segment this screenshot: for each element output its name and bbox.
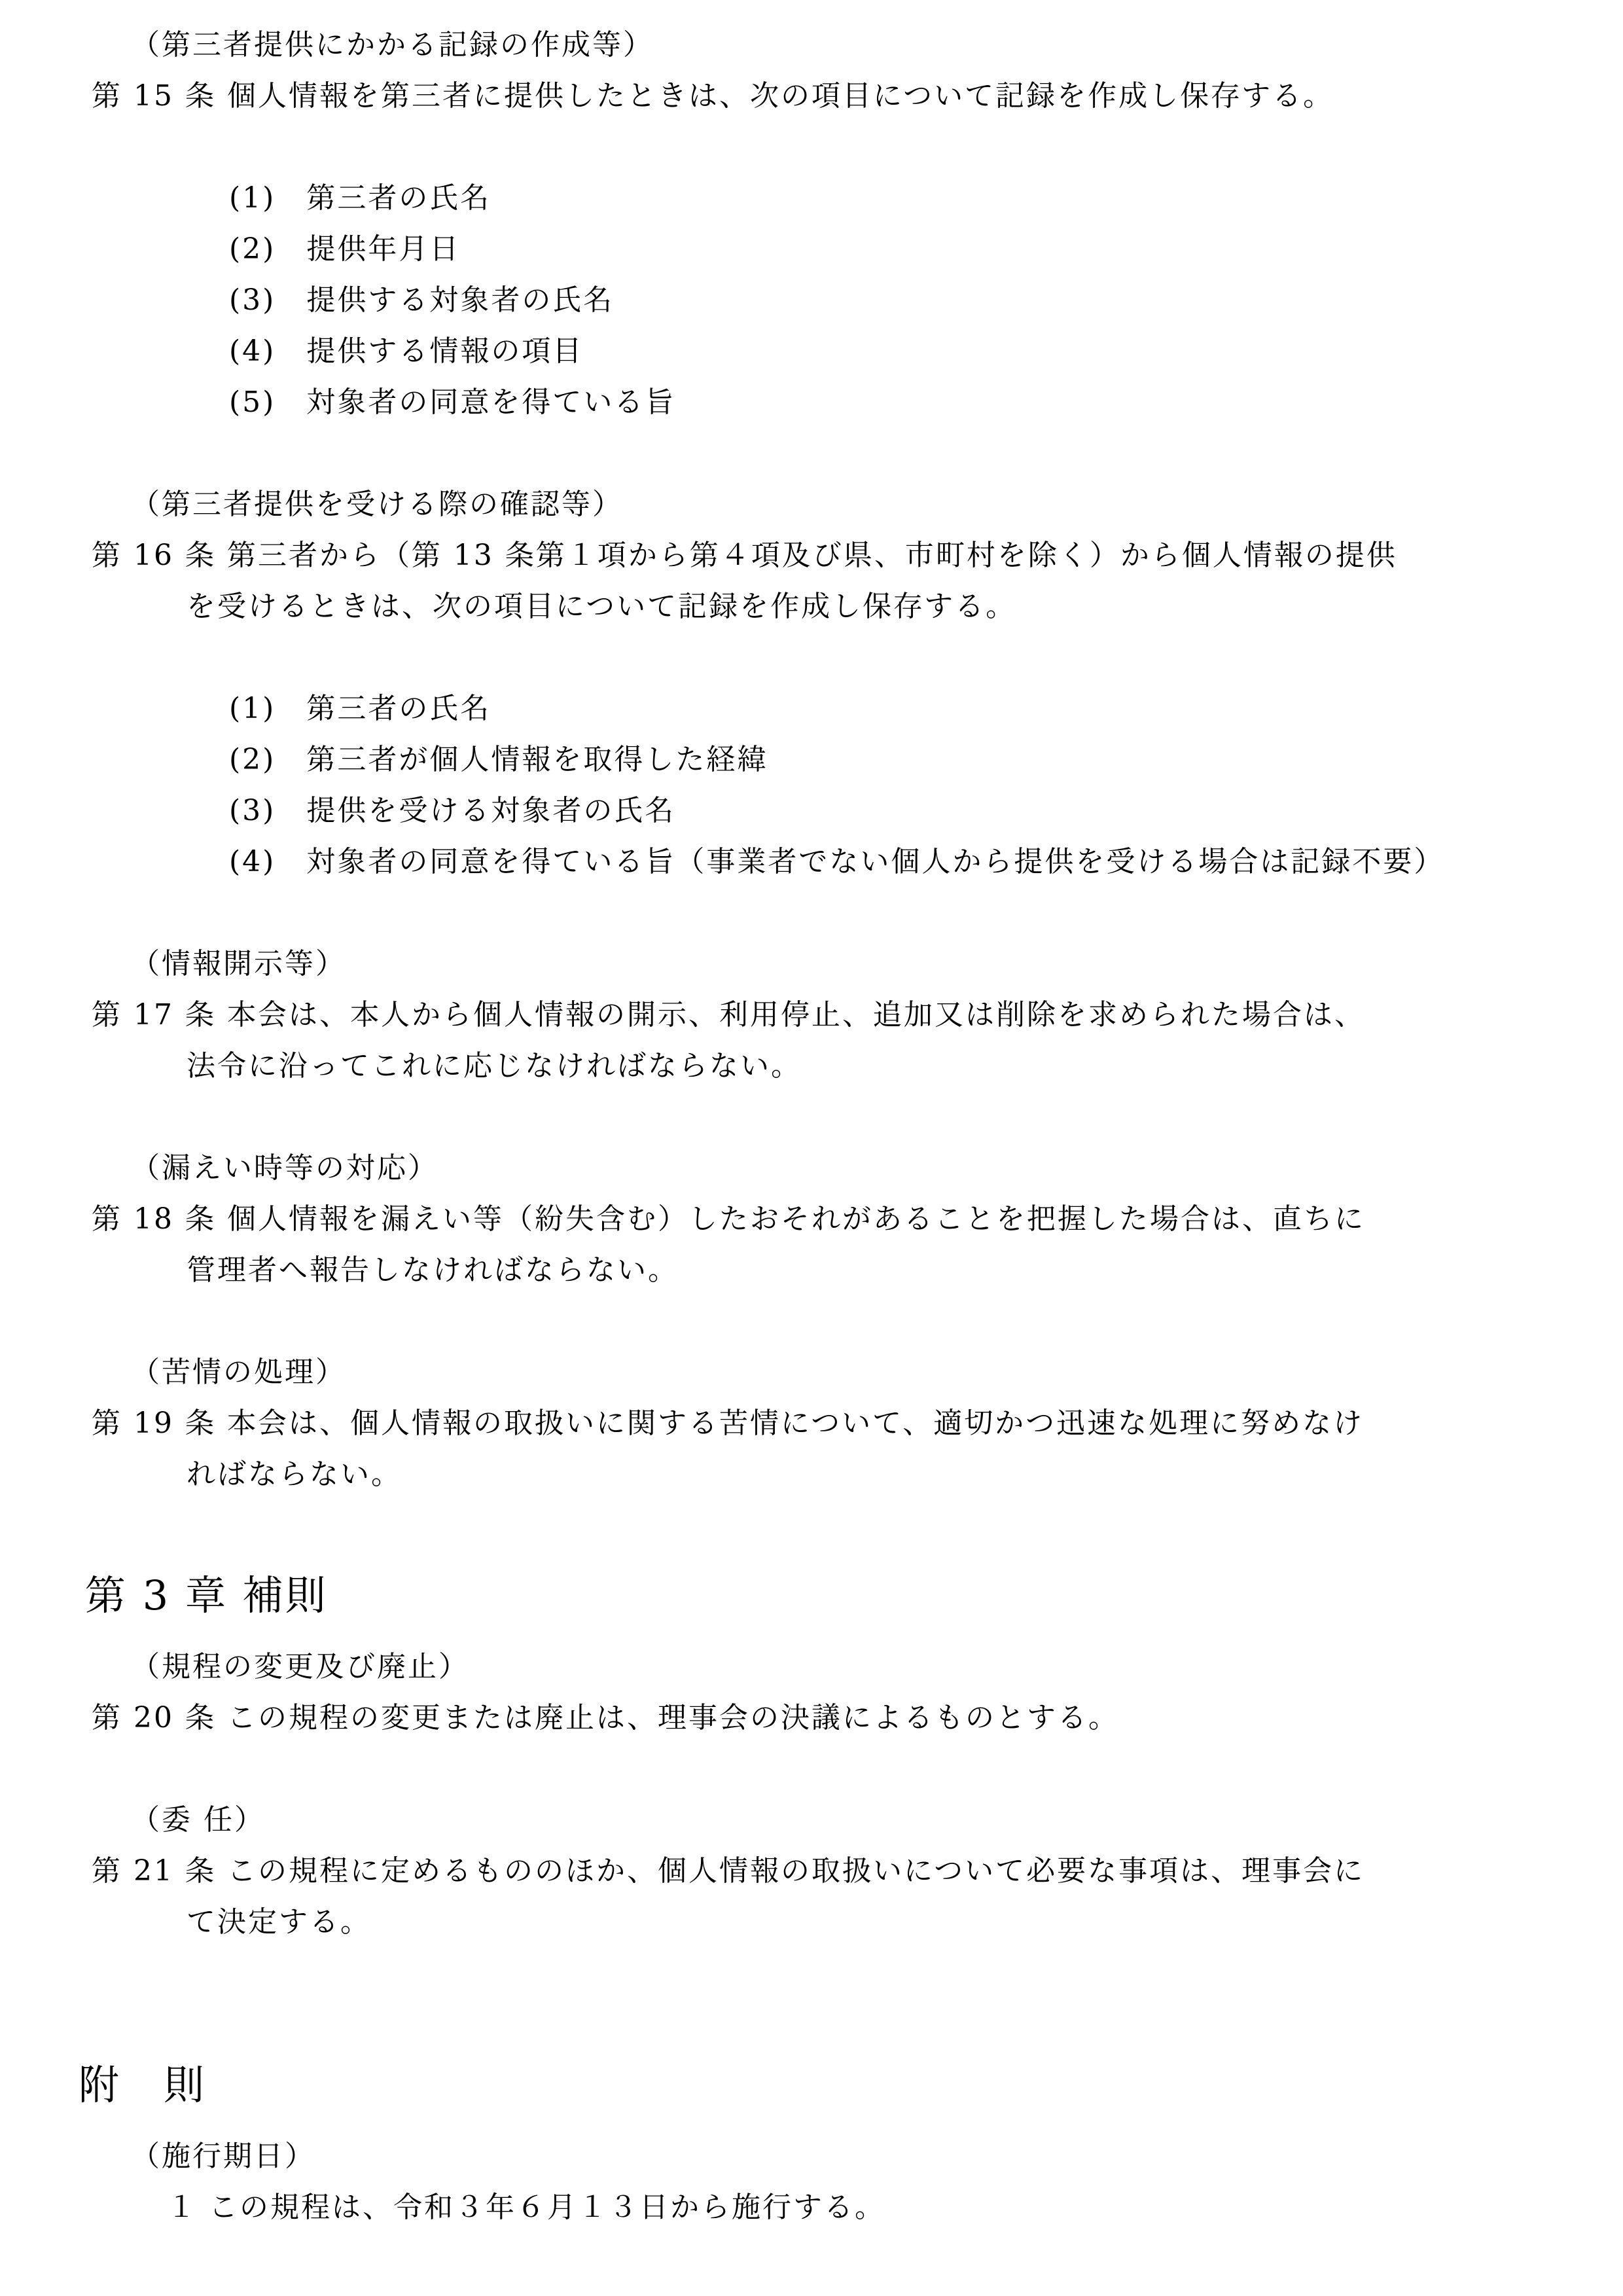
article-21-heading: （委 任） — [131, 1795, 1623, 1846]
article-15-line-1: 第 15 条 個人情報を第三者に提供したときは、次の項目について記録を作成し保存… — [92, 71, 1623, 122]
article-18-heading: （漏えい時等の対応） — [131, 1143, 1623, 1194]
article-16-item-2: (2) 第三者が個人情報を取得した経緯 — [229, 734, 1623, 785]
article-19-line-2: ればならない。 — [187, 1449, 1623, 1500]
article-16-item-1: (1) 第三者の氏名 — [229, 683, 1623, 734]
article-15-item-1: (1) 第三者の氏名 — [229, 173, 1623, 224]
article-17-line-2: 法令に沿ってこれに応じなければならない。 — [187, 1041, 1623, 1092]
article-15-item-5: (5) 対象者の同意を得ている旨 — [229, 377, 1623, 428]
article-17-heading: （情報開示等） — [131, 939, 1623, 990]
article-15-item-2: (2) 提供年月日 — [229, 224, 1623, 275]
article-21-line-1: 第 21 条 この規程に定めるもののほか、個人情報の取扱いについて必要な事項は、… — [92, 1846, 1623, 1897]
article-21-line-2: て決定する。 — [187, 1897, 1623, 1948]
article-19-line-1: 第 19 条 本会は、個人情報の取扱いに関する苦情について、適切かつ迅速な処理に… — [92, 1398, 1623, 1449]
article-20-heading: （規程の変更及び廃止） — [131, 1641, 1623, 1693]
appendix-item-1: １ この規程は、令和３年６月１３日から施行する。 — [167, 2182, 1623, 2233]
article-16-line-1: 第 16 条 第三者から（第 13 条第１項から第４項及び県、市町村を除く）から… — [92, 530, 1623, 581]
article-16-line-2: を受けるときは、次の項目について記録を作成し保存する。 — [187, 581, 1623, 632]
article-17-line-1: 第 17 条 本会は、本人から個人情報の開示、利用停止、追加又は削除を求められた… — [92, 990, 1623, 1041]
chapter-3-title: 第 3 章 補則 — [85, 1563, 1623, 1628]
appendix-heading: （施行期日） — [131, 2131, 1623, 2182]
article-16-item-3: (3) 提供を受ける対象者の氏名 — [229, 785, 1623, 836]
article-18-line-2: 管理者へ報告しなければならない。 — [187, 1245, 1623, 1296]
article-18-line-1: 第 18 条 個人情報を漏えい等（紛失含む）したおそれがあることを把握した場合は… — [92, 1194, 1623, 1245]
document-page: （第三者提供にかかる記録の作成等） 第 15 条 個人情報を第三者に提供したとき… — [0, 0, 1623, 2296]
article-16-heading: （第三者提供を受ける際の確認等） — [131, 479, 1623, 530]
article-15-item-3: (3) 提供する対象者の氏名 — [229, 275, 1623, 326]
article-15-heading: （第三者提供にかかる記録の作成等） — [131, 20, 1623, 71]
appendix-title: 附 則 — [79, 2053, 1623, 2118]
article-16-item-4: (4) 対象者の同意を得ている旨（事業者でない個人から提供を受ける場合は記録不要… — [229, 836, 1623, 888]
article-15-item-4: (4) 提供する情報の項目 — [229, 326, 1623, 377]
article-19-heading: （苦情の処理） — [131, 1347, 1623, 1398]
article-20-line-1: 第 20 条 この規程の変更または廃止は、理事会の決議によるものとする。 — [92, 1693, 1623, 1744]
